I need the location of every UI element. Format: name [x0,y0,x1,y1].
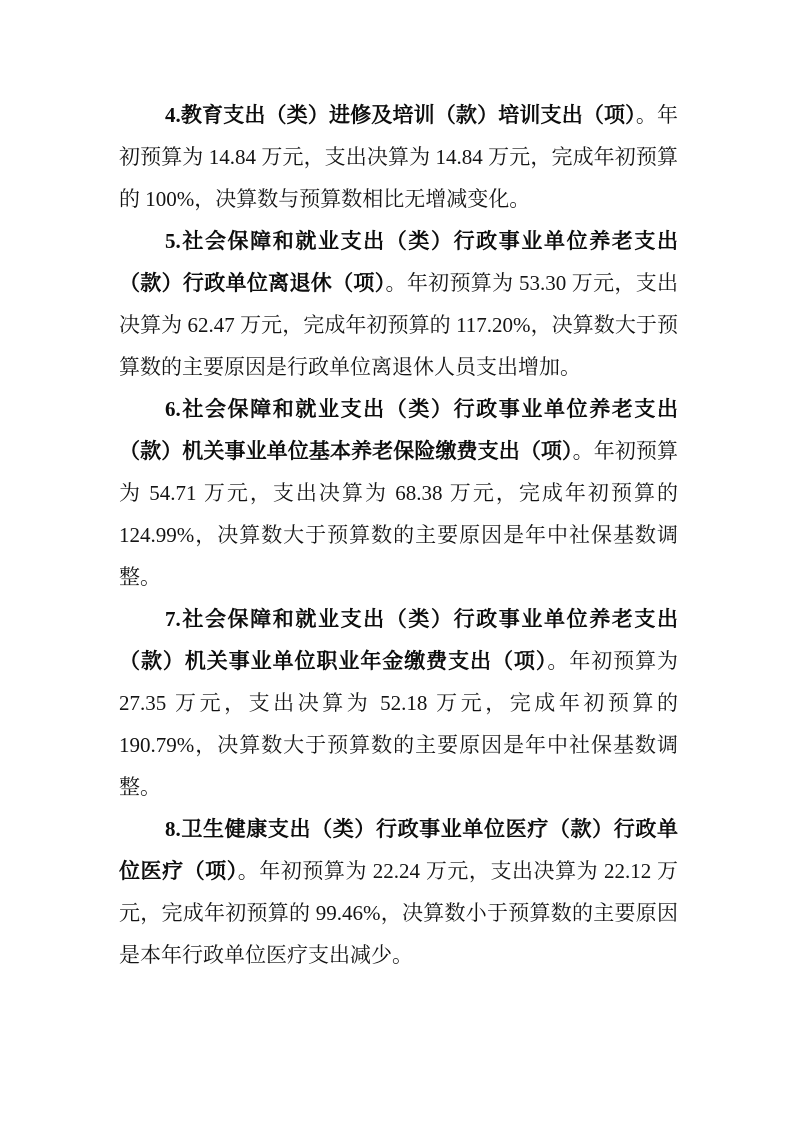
paragraph-expense-item-7: 7.社会保障和就业支出（类）行政事业单位养老支出（款）机关事业单位职业年金缴费支… [119,598,678,808]
paragraph-expense-item-5: 5.社会保障和就业支出（类）行政事业单位养老支出（款）行政单位离退休（项）。年初… [119,220,678,388]
paragraph-expense-item-6: 6.社会保障和就业支出（类）行政事业单位养老支出（款）机关事业单位基本养老保险缴… [119,388,678,598]
document-page: 4.教育支出（类）进修及培训（款）培训支出（项）。年初预算为 14.84 万元，… [0,0,793,1122]
paragraph-expense-item-8: 8.卫生健康支出（类）行政事业单位医疗（款）行政单位医疗（项）。年初预算为 22… [119,808,678,976]
paragraph-heading: 4.教育支出（类）进修及培训（款）培训支出（项） [165,103,636,127]
paragraph-expense-item-4: 4.教育支出（类）进修及培训（款）培训支出（项）。年初预算为 14.84 万元，… [119,94,678,220]
